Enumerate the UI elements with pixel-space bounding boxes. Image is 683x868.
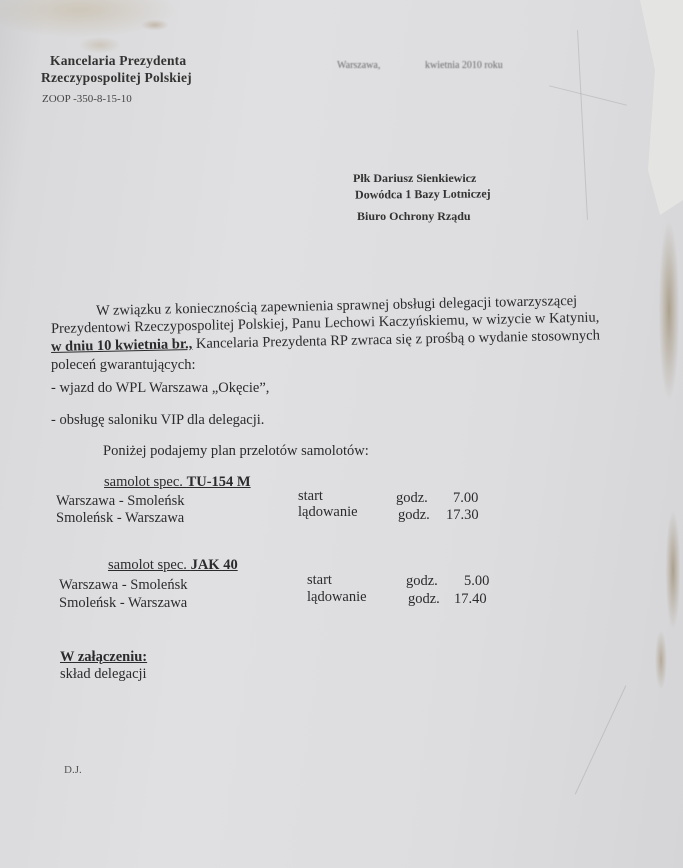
flight-event: lądowanie [298, 505, 358, 520]
flight-event: start [298, 489, 323, 504]
flight-time: 17.40 [454, 592, 487, 607]
author-initials: D.J. [64, 765, 82, 776]
aircraft-name: TU-154 M [187, 474, 251, 490]
recipient-line3: Biuro Ochrony Rządu [357, 210, 471, 222]
flight-time-label: godz. [406, 574, 438, 589]
stain [643, 190, 683, 710]
flight-time-label: godz. [396, 491, 428, 506]
letterhead-org-line2: Rzeczypospolitej Polskiej [41, 71, 192, 85]
body-paragraph-line4: poleceń gwarantujących: [51, 358, 196, 373]
flight-time: 17.30 [446, 508, 479, 523]
recipient-line1: Płk Dariusz Sienkiewicz [353, 172, 476, 184]
attachment-heading: W załączeniu: [60, 650, 147, 665]
recipient-line2: Dowódca 1 Bazy Lotniczej [355, 187, 491, 200]
flight-heading-jak40: samolot spec. JAK 40 [108, 558, 238, 573]
flight-route: Warszawa - Smoleńsk [59, 578, 188, 593]
fold-crease [575, 685, 627, 794]
aircraft-name: JAK 40 [191, 557, 238, 573]
date-emphasis: w dniu 10 kwietnia br., [51, 336, 193, 355]
flight-route: Smoleńsk - Warszawa [56, 511, 184, 526]
dateline-place: Warszawa, [337, 61, 380, 71]
letterhead-org-line1: Kancelaria Prezydenta [50, 54, 186, 68]
reference-number: ZOOP -350-8-15-10 [42, 94, 132, 105]
flight-route: Smoleńsk - Warszawa [59, 596, 187, 611]
flight-route: Warszawa - Smoleńsk [56, 494, 185, 509]
flight-event: start [307, 573, 332, 588]
flight-time: 5.00 [464, 574, 489, 589]
fold-crease [577, 30, 588, 220]
plan-intro: Poniżej podajemy plan przelotów samolotó… [103, 444, 369, 459]
fold-crease [549, 85, 627, 105]
dateline-date: kwietnia 2010 roku [425, 61, 503, 71]
letter-page: Kancelaria Prezydenta Rzeczypospolitej P… [0, 0, 683, 868]
flight-time-label: godz. [408, 592, 440, 607]
flight-time: 7.00 [453, 491, 478, 506]
flight-heading-tu154: samolot spec. TU-154 M [104, 475, 251, 490]
attachment-item: skład delegacji [60, 667, 147, 682]
flight-event: lądowanie [307, 590, 367, 605]
flight-time-label: godz. [398, 508, 430, 523]
bullet-item-entry: - wjazd do WPL Warszawa „Okęcie”, [51, 381, 269, 396]
bullet-item-vip: - obsługę saloniku VIP dla delegacji. [51, 413, 264, 428]
